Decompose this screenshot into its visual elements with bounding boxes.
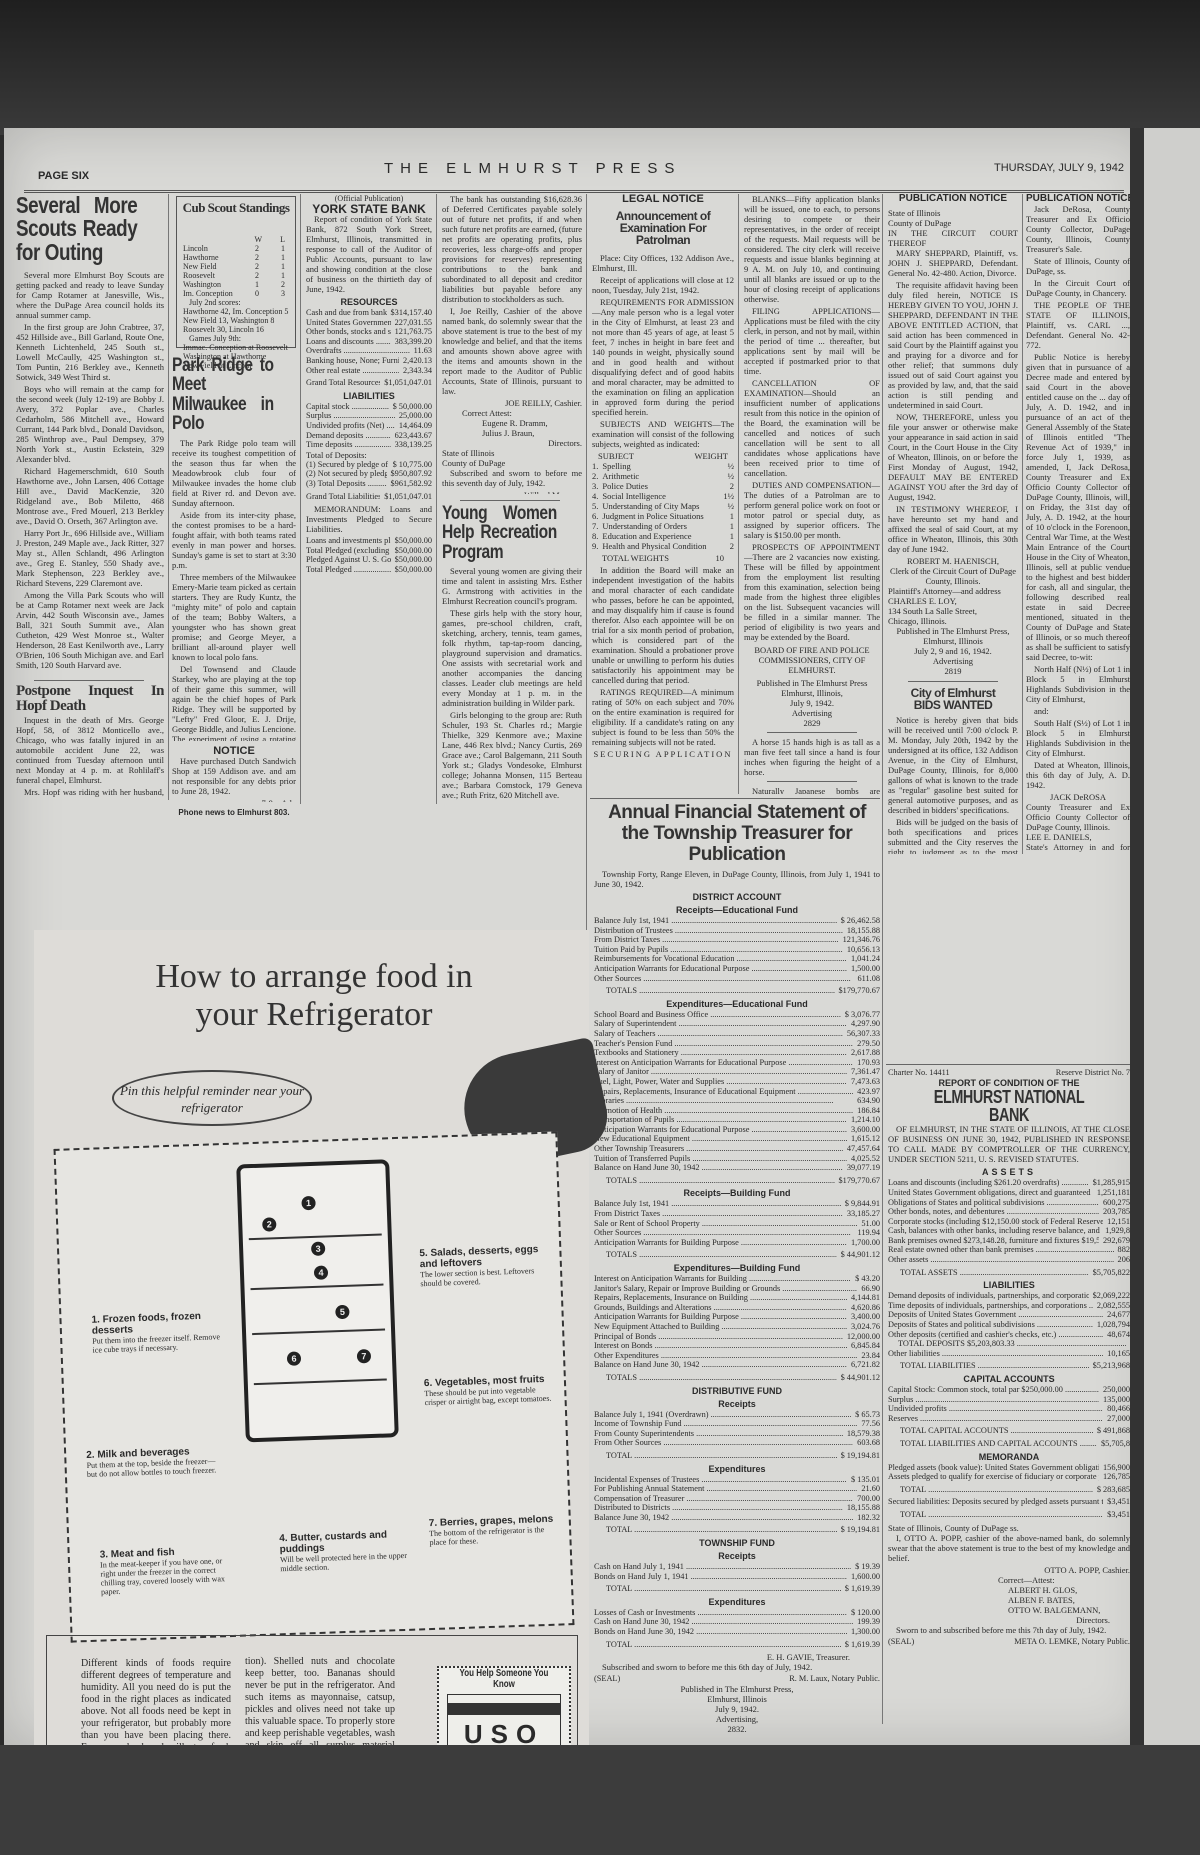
township-intro: Township Forty, Range Eleven, in DuPage … xyxy=(594,869,880,889)
ledger-row: Other bonds, notes, and debentures203,78… xyxy=(888,1207,1130,1217)
zone-marker: 3 xyxy=(311,1242,325,1256)
ledger-row: Janitor's Salary, Repair or Improve Buil… xyxy=(594,1284,880,1294)
score-line: Hawthorne 42, Im. Conception 5 xyxy=(183,307,289,316)
zone-marker: 7 xyxy=(357,1349,371,1363)
ledger-row: Balance on Hand June 30, 19426,721.82 xyxy=(594,1360,880,1370)
column-rule xyxy=(168,194,169,800)
masthead: PAGE SIX THE ELMHURST PRESS THURSDAY, JU… xyxy=(24,156,1124,193)
liability-row: Capital stock$ 50,000.00 xyxy=(306,402,432,412)
ledger-row: Other Sources119.94 xyxy=(594,1228,880,1238)
ledger-row: Distribution of Trustees18,155.88 xyxy=(594,926,880,936)
clerk-title: Clerk of the Circuit Court of DuPage Cou… xyxy=(888,566,1018,586)
ledger-row: Transportation of Pupils1,214.10 xyxy=(594,1115,880,1125)
notice-paragraph: Jack DeRosa, County Treasurer and Ex Off… xyxy=(1026,204,1130,254)
divider xyxy=(767,732,857,733)
district-account-heading: DISTRICT ACCOUNT xyxy=(594,892,880,902)
col-header-w: W xyxy=(255,235,263,244)
ledger-row: Principal of Bonds12,000.00 xyxy=(594,1332,880,1342)
polo-headline: Park Ridge to Meet Milwaukee in Polo xyxy=(172,356,274,434)
notice-body: Have purchased Dutch Sandwich Shop at 15… xyxy=(172,756,296,796)
published-line: July 9, 1942. xyxy=(594,1704,880,1714)
distributive-fund-heading: DISTRIBUTIVE FUND xyxy=(594,1386,880,1396)
ledger-total: TOTAL ASSETS$5,705,822 xyxy=(888,1268,1130,1278)
resource-row: Banking house, None; Furniture and fixtu… xyxy=(306,356,432,366)
liability-row: Demand deposits623,443.67 xyxy=(306,431,432,441)
resources-total: Grand Total Resources$1,051,047.01 xyxy=(306,378,432,388)
issue-date: THURSDAY, JULY 9, 1942 xyxy=(994,162,1124,174)
resources-heading: RESOURCES xyxy=(306,297,432,307)
attorney-line: 134 South La Salle Street, xyxy=(888,606,1018,616)
resource-row: Cash and due from banks$314,157.40 xyxy=(306,308,432,318)
patrolman-exam-notice: LEGAL NOTICE Announcement of Examination… xyxy=(592,194,734,794)
standings-row: Im. Conception03 xyxy=(183,289,289,298)
published-line: 2819 xyxy=(888,666,1018,676)
ledger-row: Promotion of Health186.84 xyxy=(594,1106,880,1116)
ledger-row: Secured liabilities: Deposits secured by… xyxy=(888,1497,1130,1507)
subject-row: 3.Police Duties2 xyxy=(592,481,734,491)
national-bank-title: ELMHURST NATIONAL BANK xyxy=(912,1088,1106,1125)
national-bank-report: Charter No. 14411Reserve District No. 7 … xyxy=(888,1068,1130,1728)
ledger-total: TOTALS$179,770.67 xyxy=(594,1176,880,1186)
director-name: OTTO W. BALGEMANN, xyxy=(888,1605,1130,1615)
ledger-row: Obligations of States and political subd… xyxy=(888,1198,1130,1208)
scouts-paragraph: Richard Hagemerschmidt, 610 South Hawtho… xyxy=(16,466,164,526)
scores-label: July 2nd scores: xyxy=(183,298,289,307)
published-line: July 9, 1942. xyxy=(744,698,880,708)
scouts-paragraph: Among the Villa Park Scouts who will be … xyxy=(16,590,164,670)
ledger-row: New Equipment Attached to Building3,024.… xyxy=(594,1322,880,1332)
resource-row: United States Government obligations, di… xyxy=(306,318,432,328)
ledger-row: Salary of Janitor7,361.47 xyxy=(594,1067,880,1077)
ledger-total: TOTAL$3,451 xyxy=(888,1510,1130,1520)
cashier-signature: JOE REILLY, Cashier. xyxy=(442,398,582,408)
ledger-row: Anticipation Warrants for Building Purpo… xyxy=(594,1312,880,1322)
ledger-row: Loans and discounts (including $261.20 o… xyxy=(888,1178,1130,1188)
section-heading: Receipts xyxy=(594,1399,880,1409)
published-line: Elmhurst, Illinois, xyxy=(744,688,880,698)
board-signature: BOARD OF FIRE AND POLICE COMMISSIONERS, … xyxy=(744,645,880,675)
treasurer-name: JACK DeROSA xyxy=(1026,792,1130,802)
cashier-oath: I, OTTO A. POPP, cashier of the above-na… xyxy=(888,1533,1130,1563)
cutout-reminder-card: 1 2 3 4 5 6 7 1. Frozen foods, frozen de… xyxy=(54,1131,575,1642)
ledger-total: TOTAL$ 1,619.39 xyxy=(594,1584,880,1594)
notice-paragraph: The requisite affidavit having been duly… xyxy=(888,280,1018,410)
zone-marker: 1 xyxy=(301,1196,315,1210)
county-label: County of DuPage xyxy=(888,218,1018,228)
young-women-paragraph: Several young women are giving their tim… xyxy=(442,566,582,606)
notice-paragraph: NOW, THEREFORE, unless you file your ans… xyxy=(888,412,1018,502)
ledger-row: Other assets206 xyxy=(888,1255,1130,1265)
notice-paragraph: and: xyxy=(1026,706,1130,716)
ledger-row: Sale or Rent of School Property51.00 xyxy=(594,1219,880,1229)
ledger-total: TOTAL$ 19,194.81 xyxy=(594,1525,880,1535)
york-bank-report: (Official Publication) YORK STATE BANK R… xyxy=(306,194,432,809)
tip-berries-melons: 7. Berries, grapes, melonsThe bottom of … xyxy=(429,1514,560,1548)
published-line: July 2, 9 and 16, 1942. xyxy=(888,646,1018,656)
ledger-row: Other deposits (certified and cashier's … xyxy=(888,1330,1130,1340)
notice-paragraph: THE PEOPLE OF THE STATE OF ILLINOIS, Pla… xyxy=(1026,300,1130,350)
subject-row: 5.Understanding of City Maps½ xyxy=(592,501,734,511)
deposit-row: (1) Secured by pledge of loans and/or in… xyxy=(306,460,432,470)
directors-title: Directors. xyxy=(888,1615,1130,1625)
charter-row: Charter No. 14411Reserve District No. 7 xyxy=(888,1068,1130,1078)
ledger-row: Corporate stocks (including $12,150.00 s… xyxy=(888,1217,1130,1227)
ad-headline: How to arrange food in your Refrigerator xyxy=(134,958,494,1034)
tip-salads-leftovers: 5. Salads, desserts, eggs and leftoversT… xyxy=(419,1244,550,1289)
ledger-row: Teacher's Pension Fund279.50 xyxy=(594,1039,880,1049)
publication-notice-divorce: PUBLICATION NOTICE State of Illinois Cou… xyxy=(888,194,1018,854)
ledger-row: United States Government obligations, di… xyxy=(888,1188,1130,1198)
section-heading: Expenditures—Educational Fund xyxy=(594,999,880,1009)
standings-row: New Field21 xyxy=(183,262,289,271)
ledger-row: From District Taxes33,185.27 xyxy=(594,1209,880,1219)
legal-paragraph: PROSPECTS OF APPOINTMENT—There are 2 vac… xyxy=(744,542,880,642)
polo-article: Park Ridge to Meet Milwaukee in Polo The… xyxy=(172,356,296,741)
ledger-row: Balance July 1st, 1941$ 9,844.91 xyxy=(594,1199,880,1209)
ledger-row: Real estate owned other than bank premis… xyxy=(888,1245,1130,1255)
ledger-total: TOTALS$179,770.67 xyxy=(594,986,880,996)
deferred-certificates-note: The bank has outstanding $16,628.36 of D… xyxy=(442,194,582,304)
treasurer-signature: E. H. GAVIE, Treasurer. xyxy=(594,1652,880,1662)
published-line: Elmhurst, Illinois xyxy=(594,1694,880,1704)
inquest-paragraph: Inquest in the death of Mrs. George Hopf… xyxy=(16,715,164,785)
divider xyxy=(34,680,144,681)
binding-edge xyxy=(1130,128,1144,1748)
ledger-row: Time deposits of individuals, partnershi… xyxy=(888,1301,1130,1311)
standings-row: Washington12 xyxy=(183,280,289,289)
notice-box: NOTICE Have purchased Dutch Sandwich Sho… xyxy=(172,746,296,802)
scan-background-bottom xyxy=(0,1745,1200,1855)
liability-row: Surplus25,000.00 xyxy=(306,411,432,421)
directors-title: Directors. xyxy=(442,438,582,448)
standings-row: Roosevelt21 xyxy=(183,271,289,280)
published-line: Published in The Elmhurst Press, xyxy=(888,626,1018,636)
ledger-row: Compensation of Treasurer700.00 xyxy=(594,1494,880,1504)
ledger-row: Interest on Anticipation Warrants for Ed… xyxy=(594,1058,880,1068)
legal-paragraph: RATINGS REQUIRED—A minimum rating of 50%… xyxy=(592,687,734,747)
notice-paragraph: IN TESTIMONY WHEREOF, I have hereunto se… xyxy=(888,504,1018,554)
ledger-row: Cash on Hand July 1, 1941$ 19.39 xyxy=(594,1562,880,1572)
state-label: State of Illinois xyxy=(442,448,582,458)
notice-paragraph: North Half (N½) of Lot 1 in Block 5 in E… xyxy=(1026,664,1130,704)
tip-butter-custards: 4. Butter, custards and puddingsWill be … xyxy=(279,1529,410,1574)
published-line: 2829 xyxy=(744,718,880,728)
resource-row: Overdrafts11.63 xyxy=(306,346,432,356)
games-label: Games July 9th: xyxy=(183,334,289,343)
legal-paragraph: Place: City Offices, 132 Addison Ave., E… xyxy=(592,253,734,273)
attorney-line: CHARLES E. LOY, xyxy=(888,596,1018,606)
standings-table: WL Lincoln21 Hawthorne21 New Field21 Roo… xyxy=(183,235,289,370)
young-women-paragraph: Girls belonging to the group are: Ruth S… xyxy=(442,710,582,800)
inquest-article: Postpone Inquest In Hopf Death Inquest i… xyxy=(16,684,164,799)
adjacent-page-edge xyxy=(1144,128,1200,1748)
section-heading: Expenditures—Building Fund xyxy=(594,1263,880,1273)
director-name: ALBERT H. GLOS, xyxy=(888,1585,1130,1595)
young-women-article: Young Women Help Recreation Program Seve… xyxy=(442,504,582,804)
bids-paragraph: Notice is hereby given that bids will be… xyxy=(888,715,1018,815)
subject-row: 4.Social Intelligence1½ xyxy=(592,491,734,501)
liability-row: Time deposits338,139.25 xyxy=(306,440,432,450)
section-heading: Receipts—Educational Fund xyxy=(594,905,880,915)
inquest-headline: Postpone Inquest In Hopf Death xyxy=(16,684,164,715)
legal-notice-kicker: LEGAL NOTICE xyxy=(592,194,734,204)
column-rule xyxy=(1022,194,1023,854)
polo-paragraph: Aside from its inter-city phase, the con… xyxy=(172,510,296,570)
ledger-row: Fuel, Light, Power, Water and Supplies7,… xyxy=(594,1077,880,1087)
ledger-row: Interest on Bonds6,845.84 xyxy=(594,1341,880,1351)
published-line: Advertising, xyxy=(594,1714,880,1724)
standings-row: Hawthorne21 xyxy=(183,253,289,262)
subject-row: 1.Spelling½ xyxy=(592,461,734,471)
published-line: Advertising xyxy=(888,656,1018,666)
ledger-row: Pledged assets (book value): United Stat… xyxy=(888,1463,1130,1473)
ledger-row: Assets pledged to qualify for exercise o… xyxy=(888,1472,1130,1482)
bids-paragraph: Bids will be judged on the basis of both… xyxy=(888,817,1018,854)
scan-background-top xyxy=(0,0,1200,135)
ledger-row: Libraries634.90 xyxy=(594,1096,880,1106)
ledger-row: Demand deposits of individuals, partners… xyxy=(888,1291,1130,1301)
ledger-row: Textbooks and Stationery2,617.88 xyxy=(594,1048,880,1058)
legal-paragraph: REQUIREMENTS FOR ADMISSION—Any male pers… xyxy=(592,297,734,417)
tip-meat-fish: 3. Meat and fishIn the meat-keeper if yo… xyxy=(100,1545,232,1597)
zone-marker: 6 xyxy=(287,1351,301,1365)
ledger-total: TOTALS$ 44,901.12 xyxy=(594,1373,880,1383)
director-name: Eugene R. Dramm, xyxy=(442,418,582,428)
tip-milk-beverages: 2. Milk and beveragesPut them at the top… xyxy=(86,1445,217,1479)
attorney-label: Plaintiff's Attorney—and address xyxy=(888,586,1018,596)
scouts-headline: Several More Scouts Ready for Outing xyxy=(16,194,137,264)
memorandum: MEMORANDUM: Loans and Investments Pledge… xyxy=(306,504,432,534)
court-label: IN THE CIRCUIT COURT THEREOF xyxy=(888,228,1018,248)
legal-paragraph: CANCELLATION OF EXAMINATION—Should an in… xyxy=(744,378,880,478)
score-line: New Field 13, Washington 8 xyxy=(183,316,289,325)
patrolman-exam-continued: BLANKS—Fifty application blanks will be … xyxy=(744,194,880,794)
column-rule xyxy=(882,194,883,1724)
capital-accounts-heading: CAPITAL ACCOUNTS xyxy=(888,1374,1130,1384)
seal-row: (SEAL)R. M. Laux, Notary Public. xyxy=(594,1674,880,1684)
subject-row: 2.Arithmetic½ xyxy=(592,471,734,481)
subjects-header: SUBJECTWEIGHT xyxy=(592,451,734,461)
ledger-row: Surplus135,000 xyxy=(888,1395,1130,1405)
legal-paragraph: Receipt of applications will close at 12… xyxy=(592,275,734,295)
resource-row: Loans and discounts383,399.20 xyxy=(306,337,432,347)
attorney-title: State's Attorney in and for DuPage Count… xyxy=(1026,842,1130,854)
ledger-row: Deposits of States and political subdivi… xyxy=(888,1320,1130,1330)
notice-paragraph: South Half (S½) of Lot 1 in Block 5 in E… xyxy=(1026,718,1130,758)
seal-row: (SEAL)META O. LEMKE, Notary Public. xyxy=(888,1637,1130,1647)
subject-row: 6.Judgment in Police Situations1 xyxy=(592,511,734,521)
total-weights: TOTAL WEIGHTS10 xyxy=(592,551,734,565)
patrolman-headline: Announcement of Examination For Patrolma… xyxy=(592,210,734,247)
ledger-row: Deposits of United States Government24,6… xyxy=(888,1310,1130,1320)
attorney-line: Chicago, Illinois. xyxy=(888,616,1018,626)
section-heading: Receipts xyxy=(594,1551,880,1561)
ledger-row: Bonds on Hand June 30, 19421,300.00 xyxy=(594,1627,880,1637)
scouts-article: Several More Scouts Ready for Outing Sev… xyxy=(16,194,164,674)
ledger-row: Other Township Treasurers47,457.64 xyxy=(594,1144,880,1154)
divider xyxy=(590,798,880,799)
memoranda-heading: MEMORANDA xyxy=(888,1452,1130,1462)
york-bank-continued: The bank has outstanding $16,628.36 of D… xyxy=(442,194,582,494)
ledger-row: Balance June 30, 1942182.32 xyxy=(594,1513,880,1523)
notice-paragraph: In the Circuit Court of DuPage County, i… xyxy=(1026,278,1130,298)
cub-scout-standings-box: Cub Scout Standings WL Lincoln21 Hawthor… xyxy=(176,196,296,348)
director-name: ALBEN F. BATES, xyxy=(888,1595,1130,1605)
ledger-row: Interest on Anticipation Warrants for Bu… xyxy=(594,1274,880,1284)
zone-marker: 2 xyxy=(262,1217,276,1231)
cashier-signature: OTTO A. POPP, Cashier. xyxy=(888,1565,1130,1575)
state-label: State of Illinois, County of DuPage ss. xyxy=(888,1523,1130,1533)
phone-news-filler: Phone news to Elmhurst 803. xyxy=(172,808,296,817)
ledger-row: Salary of Teachers56,307.33 xyxy=(594,1029,880,1039)
ledger-row: Reserves27,000 xyxy=(888,1414,1130,1424)
state-label: State of Illinois xyxy=(888,208,1018,218)
ledger-row: Bank premises owned $273,148.28, furnitu… xyxy=(888,1236,1130,1246)
ledger-row: Distributed to Districts18,155.88 xyxy=(594,1503,880,1513)
young-women-paragraph: Any girl interested in assisting with th… xyxy=(442,802,582,804)
column-rule xyxy=(300,194,301,804)
memo-row: Loans and investments pledged: U. S. Gov… xyxy=(306,536,432,546)
notice-title: NOTICE xyxy=(172,746,296,756)
refrigerator-advertisement: How to arrange food in your Refrigerator… xyxy=(34,930,589,1855)
york-bank-intro: Report of condition of York State Bank, … xyxy=(306,214,432,294)
scouts-paragraph: Harry Port Jr., 696 Hillside ave., Willi… xyxy=(16,528,164,588)
ledger-row: Bonds on Hand July 1, 19411,600.00 xyxy=(594,1572,880,1582)
divider xyxy=(886,1064,1132,1065)
inquest-paragraph: Mrs. Hopf was riding with her husband, 7… xyxy=(16,787,164,799)
polo-paragraph: The Park Ridge polo team will receive it… xyxy=(172,438,296,508)
treasurer-title: County Treasurer and Ex Officio County C… xyxy=(1026,802,1130,832)
reminder-speech-bubble: Pin this helpful reminder near your refr… xyxy=(112,1070,312,1126)
publication-notice-title: PUBLICATION NOTICE xyxy=(1026,194,1130,204)
ledger-row: Salary of Superintendent4,297.90 xyxy=(594,1019,880,1029)
notice-paragraph: Public Notice is hereby given that in pu… xyxy=(1026,352,1130,662)
section-heading: Expenditures xyxy=(594,1597,880,1607)
ledger-row: Grounds, Buildings and Alterations4,620.… xyxy=(594,1303,880,1313)
ledger-total: TOTALS$ 44,901.12 xyxy=(594,1250,880,1260)
ledger-row: Cash, balances with other banks, includi… xyxy=(888,1226,1130,1236)
ledger-grand-total: TOTAL LIABILITIES AND CAPITAL ACCOUNTS$5… xyxy=(888,1439,1130,1449)
memo-row: Total Pledged (excluding re-discounts)$5… xyxy=(306,546,432,556)
ledger-row: From County Superintendents18,579.38 xyxy=(594,1429,880,1439)
ledger-row: School Board and Business Office$ 3,076.… xyxy=(594,1010,880,1020)
ledger-row: Capital Stock: Common stock, total par $… xyxy=(888,1385,1130,1395)
section-heading: Expenditures xyxy=(594,1464,880,1474)
col-header-l: L xyxy=(280,235,285,244)
young-women-paragraph: These girls help with the story hour, ga… xyxy=(442,608,582,708)
section-heading: Receipts—Building Fund xyxy=(594,1188,880,1198)
ledger-row: Other liabilities10,165 xyxy=(888,1349,1130,1359)
clerk-name: ROBERT M. HAENISCH, xyxy=(888,556,1018,566)
standings-row: Lincoln21 xyxy=(183,244,289,253)
published-line: 2832. xyxy=(594,1724,880,1732)
ledger-row: New Educational Equipment1,615.12 xyxy=(594,1134,880,1144)
published-line: Published in The Elmhurst Press, xyxy=(594,1684,880,1694)
polo-paragraph: Del Townsend and Claude Starkey, who are… xyxy=(172,664,296,742)
ledger-row: From Other Sources603.68 xyxy=(594,1438,880,1448)
memo-row: Total Pledged$50,000.00 xyxy=(306,565,432,575)
attest-label: Correct Attest: xyxy=(442,408,582,418)
case-caption: MARY SHEPPARD, Plaintiff, vs. JOHN J. SH… xyxy=(888,248,1018,278)
published-line: Published in The Elmhurst Press xyxy=(744,678,880,688)
ledger-row: Incidental Expenses of Trustees$ 135.01 xyxy=(594,1475,880,1485)
filler-bombs: Naturally Japanese bombs are effective, … xyxy=(744,786,880,794)
young-women-headline: Young Women Help Recreation Program xyxy=(442,504,557,562)
national-bank-intro: OF ELMHURST, IN THE STATE OF ILLINOIS, A… xyxy=(888,1124,1130,1164)
subject-row: 7.Understanding of Orders1 xyxy=(592,521,734,531)
divider xyxy=(460,500,560,501)
published-line: Elmhurst, Illinois xyxy=(888,636,1018,646)
subject-row: 8.Education and Experience1 xyxy=(592,531,734,541)
ledger-row: From District Taxes121,346.76 xyxy=(594,935,880,945)
deposits-label: Total of Deposits: xyxy=(306,450,432,460)
ledger-row: Repairs, Replacements, Insurance of Educ… xyxy=(594,1087,880,1097)
ledger-row: For Publishing Annual Statement21.60 xyxy=(594,1484,880,1494)
page-label: PAGE SIX xyxy=(38,170,89,182)
bids-subtitle: BIDS WANTED xyxy=(888,699,1018,711)
memo-row: Pledged Against U. S. Government and pos… xyxy=(306,555,432,565)
county-label: County of DuPage xyxy=(442,458,582,468)
notice-paragraph: Dated at Wheaton, Illinois, this 6th day… xyxy=(1026,760,1130,790)
legal-paragraph: DUTIES AND COMPENSATION—The duties of a … xyxy=(744,480,880,540)
legal-paragraph: FILING APPLICATIONS—Applications must be… xyxy=(744,306,880,376)
game-line: Immac. Conception at Roosevelt xyxy=(183,343,289,352)
ledger-row: TOTAL DEPOSITS $5,203,803.33 xyxy=(888,1339,1130,1349)
attorney-name: LEE E. DANIELS, xyxy=(1026,832,1130,842)
ledger-total: TOTAL$ 1,619.39 xyxy=(594,1640,880,1650)
deposit-row: (2) Not secured by pledge of loans and/o… xyxy=(306,469,432,479)
ledger-total: TOTAL LIABILITIES$5,213,968 xyxy=(888,1361,1130,1371)
resource-row: Other bonds, stocks and securities121,76… xyxy=(306,327,432,337)
ledger-row: Anticipation Warrants for Educational Pu… xyxy=(594,1125,880,1135)
ledger-row: Anticipation Warrants for Building Purpo… xyxy=(594,1238,880,1248)
ledger-row: Income of Township Fund77.56 xyxy=(594,1419,880,1429)
township-statement: Annual Financial Statement of the Townsh… xyxy=(594,802,880,1732)
divider xyxy=(767,781,857,782)
ledger-total: TOTAL CAPITAL ACCOUNTS$ 491,868 xyxy=(888,1426,1130,1436)
ledger-total: TOTAL$ 283,685 xyxy=(888,1485,1130,1495)
ledger-row: Tuition of Transferred Pupils4,025.52 xyxy=(594,1154,880,1164)
tip-vegetables: 6. Vegetables, most fruitsThese should b… xyxy=(424,1374,555,1408)
liability-row: Undivided profits (Net)14,464.09 xyxy=(306,421,432,431)
uso-tagline-top: You Help Someone You Know xyxy=(452,1668,556,1690)
york-bank-title: YORK STATE BANK xyxy=(306,204,432,214)
ledger-row: Undivided profits80,466 xyxy=(888,1404,1130,1414)
liabilities-heading: LIABILITIES xyxy=(888,1280,1130,1290)
legal-paragraph: BLANKS—Fifty application blanks will be … xyxy=(744,194,880,304)
township-fund-heading: TOWNSHIP FUND xyxy=(594,1538,880,1548)
liabilities-total: Grand Total Liabilities$1,051,047.01 xyxy=(306,492,432,502)
legal-paragraph: SUBJECTS AND WEIGHTS—The examination wil… xyxy=(592,419,734,449)
director-name: Julius J. Braun, xyxy=(442,428,582,438)
filler-horse: A horse 15 hands high is as tall as a ma… xyxy=(744,737,880,777)
subject-row: 9.Health and Physical Condition2 xyxy=(592,541,734,551)
attest-label: Correct—Attest: xyxy=(888,1575,1130,1585)
deposit-row: (3) Total Deposits$961,582.92 xyxy=(306,479,432,489)
ledger-total: TOTAL$ 19,194.81 xyxy=(594,1451,880,1461)
zone-marker: 5 xyxy=(335,1305,349,1319)
tip-frozen-foods: 1. Frozen foods, frozen dessertsPut them… xyxy=(91,1310,222,1355)
ledger-row: Losses of Cash or Investments$ 120.00 xyxy=(594,1608,880,1618)
ledger-row: Repairs, Replacements, Insurance on Buil… xyxy=(594,1293,880,1303)
refrigerator-illustration: 1 2 3 4 5 6 7 xyxy=(236,1159,399,1442)
scouts-paragraph: Several more Elmhurst Boy Scouts are get… xyxy=(16,270,164,320)
assets-heading: ASSETS xyxy=(888,1167,1130,1177)
ledger-row: Cash on Hand June 30, 1942199.39 xyxy=(594,1617,880,1627)
sworn-statement: Subscribed and sworn to before me this s… xyxy=(442,468,582,488)
score-line: Roosevelt 30, Lincoln 16 xyxy=(183,325,289,334)
sworn-statement: Subscribed and sworn to before me this 6… xyxy=(594,1662,880,1672)
